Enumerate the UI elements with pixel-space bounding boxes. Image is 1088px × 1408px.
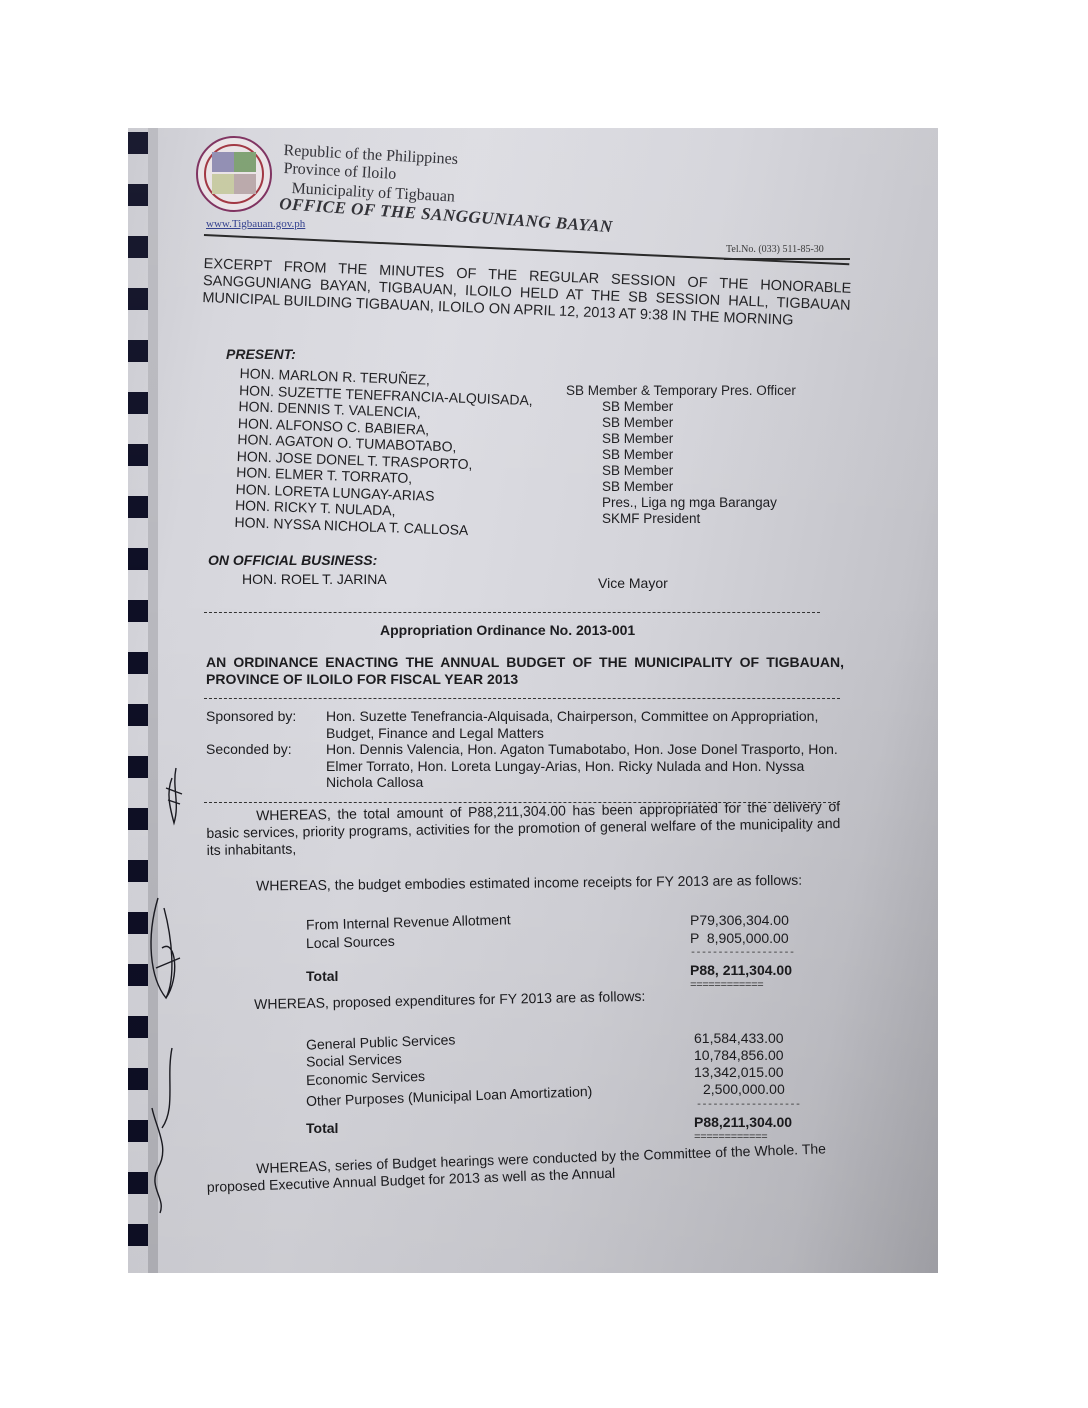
municipal-seal-logo: [196, 136, 272, 212]
official-business-name: HON. ROEL T. JARINA: [242, 571, 387, 587]
attendee-role: SB Member: [566, 399, 796, 415]
expenditure-amount: 2,500,000.00: [703, 1081, 785, 1097]
attendee-role: SB Member: [566, 463, 796, 479]
ordinance-title: AN ORDINANCE ENACTING THE ANNUAL BUDGET …: [206, 654, 844, 688]
divider-dashed: [204, 698, 840, 699]
expenditure-label: Economic Services: [306, 1068, 426, 1088]
subtotal-rule: -------------------: [696, 1100, 801, 1111]
expenditure-label: Social Services: [306, 1050, 402, 1069]
income-amount: P79,306,304.00: [690, 912, 789, 928]
attendee-role: SB Member: [566, 415, 796, 431]
subtotal-rule: -------------------: [690, 948, 795, 959]
official-business-role: Vice Mayor: [598, 575, 668, 591]
whereas-paragraph-4: WHEREAS, series of Budget hearings were …: [206, 1140, 827, 1196]
whereas-paragraph-1: WHEREAS, the total amount of P88,211,304…: [206, 798, 841, 859]
income-total-label: Total: [306, 968, 338, 984]
expenditure-amount: 13,342,015.00: [694, 1064, 784, 1080]
document-photo: Republic of the Philippines Province of …: [128, 128, 938, 1273]
attendee-role: SB Member: [566, 447, 796, 463]
attendee-role: SB Member & Temporary Pres. Officer: [566, 383, 796, 399]
sponsored-by: Hon. Suzette Tenefrancia-Alquisada, Chai…: [326, 708, 846, 741]
present-label: PRESENT:: [226, 346, 296, 362]
expenditure-total-label: Total: [306, 1120, 338, 1136]
attendee-role: SB Member: [566, 431, 796, 447]
official-business-label: ON OFFICIAL BUSINESS:: [208, 552, 377, 568]
whereas-paragraph-3: WHEREAS, proposed expenditures for FY 20…: [254, 983, 854, 1013]
seconded-by: Hon. Dennis Valencia, Hon. Agaton Tumabo…: [326, 741, 846, 791]
seconded-label: Seconded by:: [206, 741, 326, 791]
excerpt-heading: EXCERPT FROM THE MINUTES OF THE REGULAR …: [202, 256, 851, 332]
income-total-amount: P88, 211,304.00: [690, 962, 792, 978]
present-roles-list: SB Member & Temporary Pres. Officer SB M…: [566, 383, 796, 527]
income-amount: P 8,905,000.00: [690, 930, 789, 946]
divider-dashed: [204, 612, 820, 613]
margin-signatures: [136, 748, 196, 1218]
present-names-list: HON. MARLON R. TERUÑEZ, HON. SUZETTE TEN…: [234, 365, 533, 540]
expenditure-total-amount: P88,211,304.00: [694, 1114, 792, 1130]
document-page: Republic of the Philippines Province of …: [128, 128, 938, 1273]
expenditure-label: Other Purposes (Municipal Loan Amortizat…: [306, 1083, 593, 1109]
sponsored-label: Sponsored by:: [206, 708, 326, 741]
expenditure-amount: 61,584,433.00: [694, 1030, 784, 1046]
letterhead-rule-right: [724, 258, 850, 260]
website-link[interactable]: www.Tigbauan.gov.ph: [206, 218, 305, 230]
whereas-paragraph-2: WHEREAS, the budget embodies estimated i…: [206, 871, 840, 895]
attendee-role: SB Member: [566, 479, 796, 495]
income-label: Local Sources: [306, 933, 395, 951]
expenditure-label: General Public Services: [306, 1031, 456, 1052]
expenditure-amount: 10,784,856.00: [694, 1047, 784, 1063]
ordinance-number: Appropriation Ordinance No. 2013-001: [380, 622, 635, 638]
sponsors-block: Sponsored by: Hon. Suzette Tenefrancia-A…: [206, 708, 846, 791]
income-label: From Internal Revenue Allotment: [306, 911, 511, 932]
attendee-role: Pres., Liga ng mga Barangay: [566, 495, 796, 511]
attendee-role: SKMF President: [566, 511, 796, 527]
telephone-number: Tel.No. (033) 511-85-30: [726, 244, 824, 255]
